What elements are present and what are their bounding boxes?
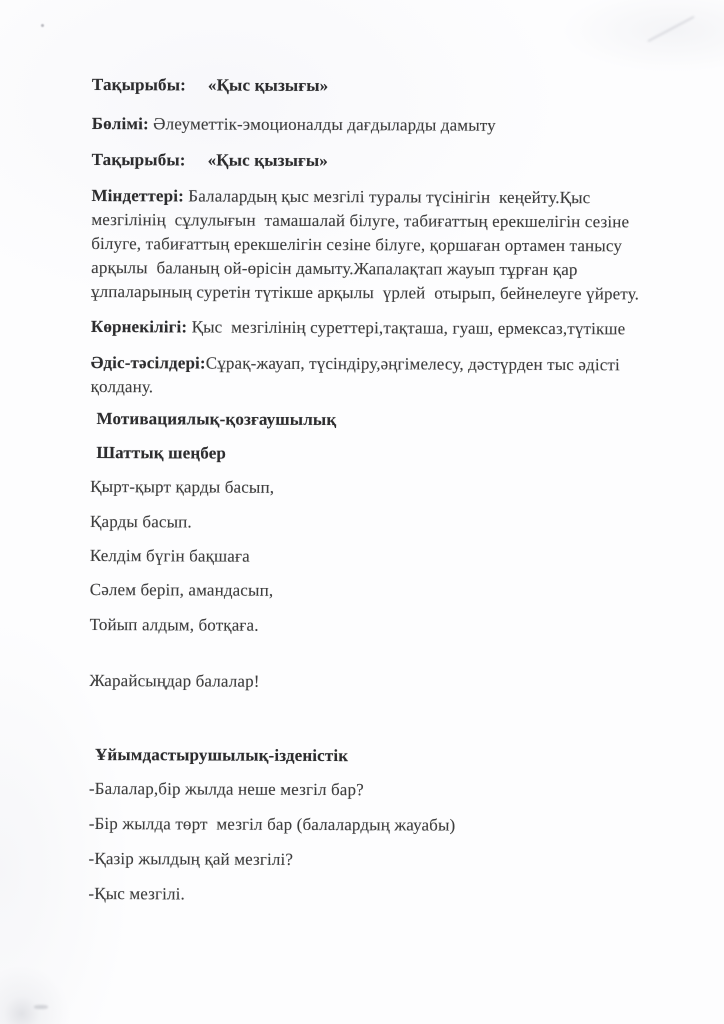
objectives-line: Міндеттері: Балалардың қыс мезгілі турал… bbox=[91, 184, 705, 211]
topic-value: «Қыс қызығы» bbox=[208, 76, 328, 96]
poem-line: Сәлем беріп, амандасып, bbox=[90, 579, 704, 603]
section-label: Бөлімі: bbox=[92, 114, 149, 133]
topic-label: Тақырыбы: bbox=[92, 150, 186, 169]
methods-paragraph: Әдіс-тәсілдері:Сұрақ-жауап, түсіндіру,әң… bbox=[91, 351, 705, 402]
dialogue-line: -Қазір жылдың қай мезгілі? bbox=[89, 848, 703, 872]
section-line: Бөлімі: Әлеуметтік-эмоционалды дағдылард… bbox=[92, 113, 706, 137]
topic-value: «Қыс қызығы» bbox=[208, 151, 328, 171]
dialogue-line: -Балалар,бір жылда неше мезгіл бар? bbox=[89, 778, 703, 802]
scan-smudge bbox=[34, 1005, 48, 1009]
topic-label: Тақырыбы: bbox=[92, 75, 186, 94]
dialogue-line: -Қыс мезгілі. bbox=[88, 883, 702, 907]
heading-motivational: Мотивациялық-қозғаушылық bbox=[90, 408, 704, 432]
heading-organizational: Ұйымдастырушылық-ізденістік bbox=[89, 744, 703, 768]
objectives-paragraph: Міндеттері: Балалардың қыс мезгілі турал… bbox=[91, 184, 706, 307]
visual-aids-label: Көрнекілігі: bbox=[91, 317, 187, 336]
methods-line: қолдану. bbox=[91, 375, 705, 402]
section-value: Әлеуметтік-эмоционалды дағдыларды дамыту bbox=[153, 114, 496, 134]
objectives-line: ұлпаларының суретін түтікше арқылы үрлей… bbox=[91, 280, 705, 307]
document-content: Тақырыбы:«Қыс қызығы» Бөлімі: Әлеуметтік… bbox=[88, 74, 706, 921]
topic-line-2: Тақырыбы:«Қыс қызығы» bbox=[92, 149, 706, 173]
heading-joy-circle: Шаттық шеңбер bbox=[90, 442, 704, 466]
methods-label: Әдіс-тәсілдері: bbox=[91, 353, 206, 373]
scan-speck bbox=[41, 24, 44, 27]
methods-line: Әдіс-тәсілдері:Сұрақ-жауап, түсіндіру,әң… bbox=[91, 351, 705, 378]
topic-line-1: Тақырыбы:«Қыс қызығы» bbox=[92, 74, 706, 98]
scanned-lesson-plan-page: Тақырыбы:«Қыс қызығы» Бөлімі: Әлеуметтік… bbox=[0, 0, 724, 1024]
objectives-label: Міндеттері: bbox=[91, 186, 184, 205]
poem-line: Келдім бүгін бақшаға bbox=[90, 545, 704, 569]
praise-line: Жарайсыңдар балалар! bbox=[89, 670, 703, 694]
visual-aids-line: Көрнекілігі: Қыс мезгілінің суреттері,та… bbox=[91, 316, 705, 340]
visual-aids-value: Қыс мезгілінің суреттері,тақташа, гуаш, … bbox=[192, 317, 626, 338]
objectives-line: мезгілінің сұлулығын тамашалай білуге, т… bbox=[91, 208, 705, 235]
objectives-line: арқылы баланың ой-өрісін дамыту.Жапалақт… bbox=[91, 256, 705, 283]
scan-streak bbox=[648, 16, 695, 42]
poem-line: Қырт-қырт қарды басып, bbox=[90, 476, 704, 500]
dialogue-line: -Бір жылда төрт мезгіл бар (балалардың ж… bbox=[89, 813, 703, 837]
poem-line: Қарды басып. bbox=[90, 511, 704, 535]
poem-line: Тойып алдым, ботқаға. bbox=[90, 614, 704, 638]
objectives-line: білуге, табиғаттың ерекшелігін сезіне бі… bbox=[91, 232, 705, 259]
